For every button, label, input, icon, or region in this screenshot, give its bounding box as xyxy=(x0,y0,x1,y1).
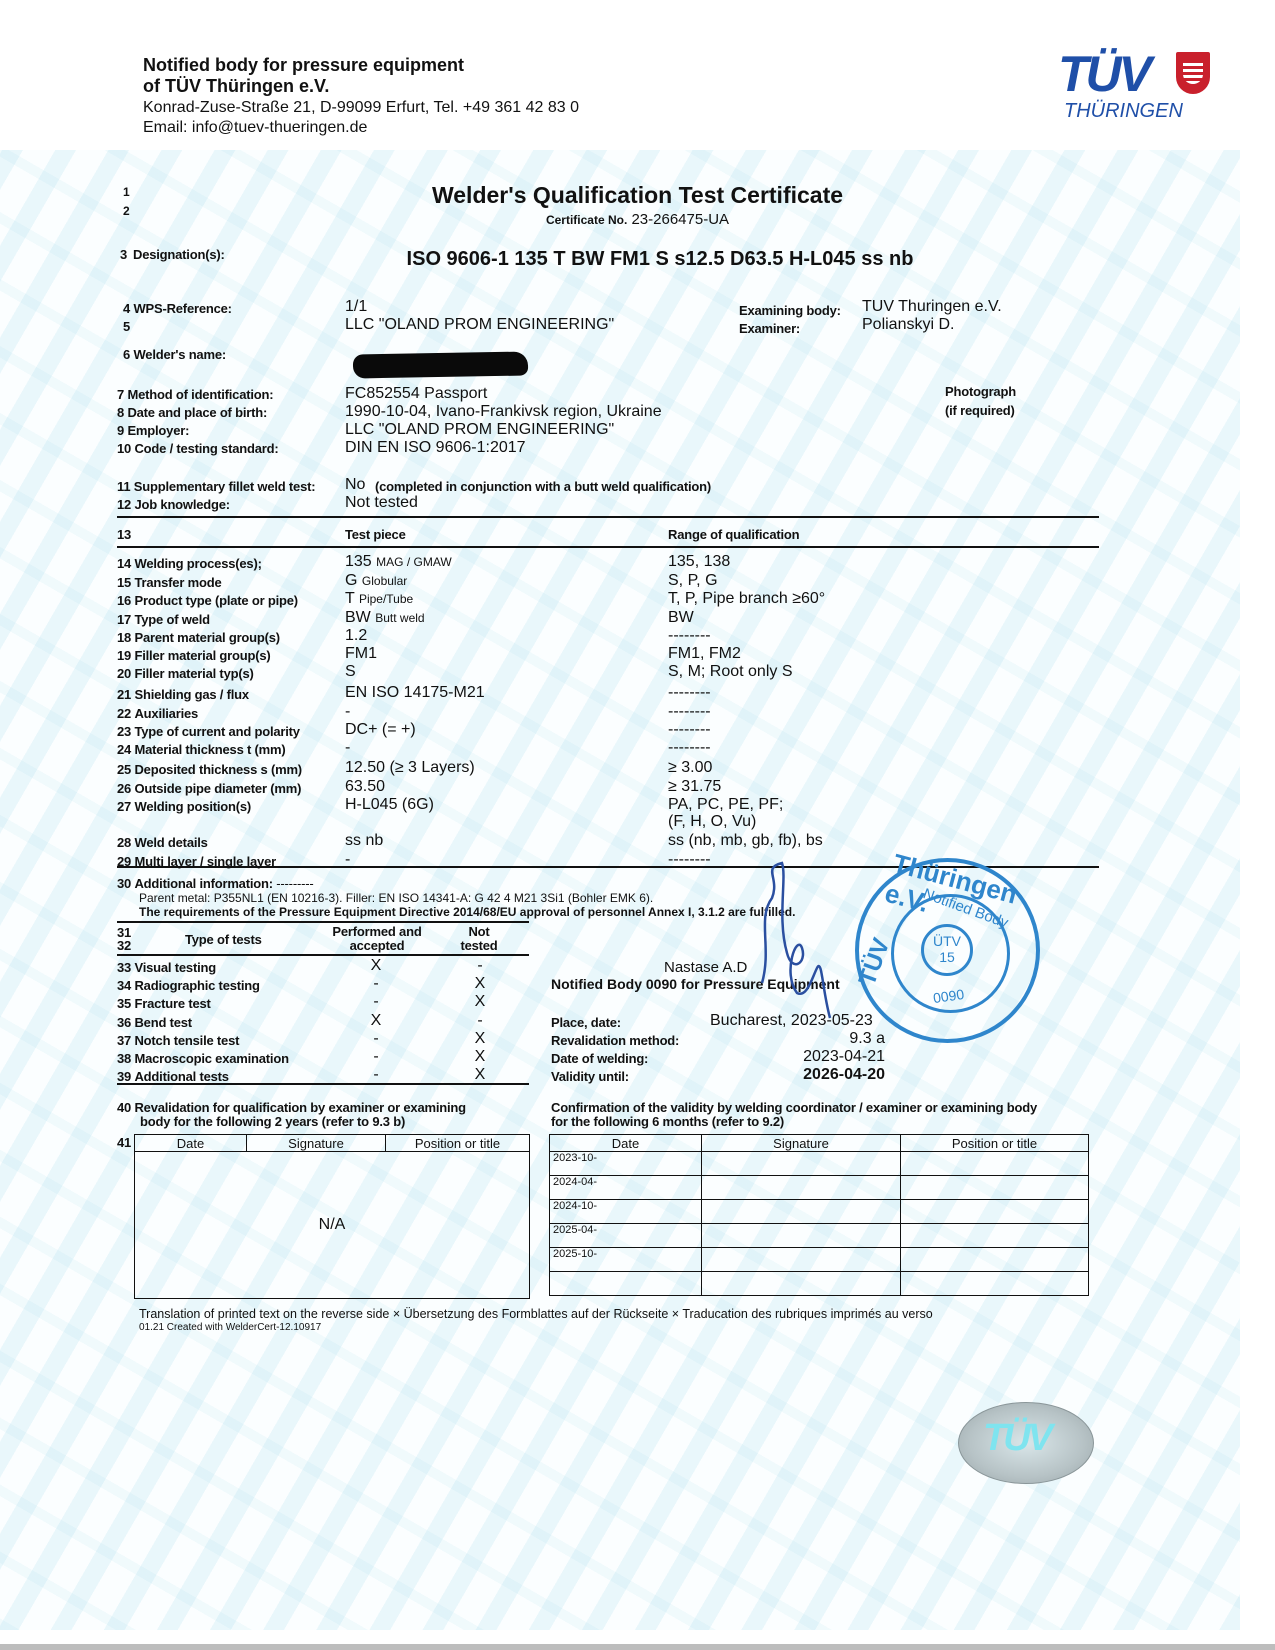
value-main: T xyxy=(345,590,354,607)
line-number: 34 xyxy=(117,978,131,993)
revalidation-position-cell xyxy=(901,1224,1089,1248)
line-number: 13 xyxy=(117,527,131,542)
revalidation-row: 2025-10- xyxy=(550,1248,1089,1272)
line-number: 4 xyxy=(123,301,130,316)
label-text: Welder's name: xyxy=(133,347,226,362)
certificate-number-value: 23-266475-UA xyxy=(631,211,729,228)
test-row-label: 39 Additional tests xyxy=(117,1069,229,1084)
revalidation-row: 2023-10- xyxy=(550,1152,1089,1176)
revalidation-signature-cell xyxy=(702,1272,901,1296)
test-piece-value: DC+ (= +) xyxy=(345,721,416,739)
not-tested-mark: - xyxy=(450,957,510,975)
variable-label: 19 Filler material group(s) xyxy=(117,648,271,663)
not-tested-mark: X xyxy=(450,975,510,993)
place-date-label: Place, date: xyxy=(551,1015,621,1030)
additional-info-directive: The requirements of the Pressure Equipme… xyxy=(139,905,795,919)
range-value: ss (nb, mb, gb, fb), bs xyxy=(668,832,823,850)
revalidation-row: 2024-04- xyxy=(550,1176,1089,1200)
wps-reference-label: 4 WPS-Reference: xyxy=(123,301,232,316)
not-tested-mark: X xyxy=(450,993,510,1011)
job-knowledge-value: Not tested xyxy=(345,494,418,512)
value-note: MAG / GMAW xyxy=(376,555,452,569)
variable-label: 25 Deposited thickness s (mm) xyxy=(117,762,302,777)
line-number: 14 xyxy=(117,556,131,571)
line-number: 30 xyxy=(117,876,131,891)
standard-value: DIN EN ISO 9606-1:2017 xyxy=(345,439,526,457)
label-text: Bend test xyxy=(134,1015,191,1030)
test-piece-value: 63.50 xyxy=(345,778,385,796)
label-text: Designation(s): xyxy=(133,247,225,262)
line-number: 15 xyxy=(117,575,131,590)
hologram-text: TÜV xyxy=(983,1417,1050,1460)
line-number: 16 xyxy=(117,593,131,608)
label-text: Type of weld xyxy=(134,612,209,627)
tuv-thueringen-logo: TÜV THÜRINGEN xyxy=(1058,48,1208,128)
value-main: BW xyxy=(345,609,371,626)
certificate-number: Certificate No. 23-266475-UA xyxy=(0,211,1275,228)
label-text: Visual testing xyxy=(134,960,215,975)
header-line: Performed and xyxy=(322,925,432,939)
logo-wordmark: TÜV xyxy=(1058,48,1149,100)
revalidation-right-title: Confirmation of the validity by welding … xyxy=(551,1101,1037,1129)
header-line: Not xyxy=(450,925,508,939)
line-number: 21 xyxy=(117,687,131,702)
line-5-value: LLC "OLAND PROM ENGINEERING" xyxy=(345,316,614,334)
range-value: BW xyxy=(668,609,694,627)
label-text: Supplementary fillet weld test: xyxy=(134,479,316,494)
label-text: Parent material group(s) xyxy=(134,630,279,645)
line-number: 28 xyxy=(117,835,131,850)
line-numbers-31-32: 3132 xyxy=(117,926,131,952)
revalidation-signature-cell xyxy=(702,1152,901,1176)
line-number: 25 xyxy=(117,762,131,777)
col-signature: Signature xyxy=(702,1135,901,1152)
test-row-label: 34 Radiographic testing xyxy=(117,978,260,993)
value-main: FM1 xyxy=(345,645,377,662)
divider xyxy=(117,921,529,923)
revalidation-date: 2023-10- xyxy=(550,1152,702,1176)
value-note: Globular xyxy=(362,574,407,588)
validity-label: Validity until: xyxy=(551,1069,629,1084)
designation-label: 3Designation(s): xyxy=(117,247,225,262)
revalidation-position-cell xyxy=(901,1152,1089,1176)
label-text: Fracture test xyxy=(134,996,210,1011)
fillet-test-value: No xyxy=(345,476,365,494)
line-number: 6 xyxy=(123,347,130,362)
label-text: Welding process(es); xyxy=(134,556,261,571)
col-position: Position or title xyxy=(386,1135,530,1152)
test-piece-value: BW Butt weld xyxy=(345,609,425,627)
value-main: - xyxy=(345,739,350,756)
label-text: Macroscopic examination xyxy=(134,1051,288,1066)
not-tested-mark: X xyxy=(450,1048,510,1066)
label-text: Method of identification: xyxy=(127,387,273,402)
line-number: 27 xyxy=(117,799,131,814)
tests-col-not-tested: Nottested xyxy=(450,925,508,953)
photograph-placeholder: Photograph (if required) xyxy=(945,384,1016,418)
test-piece-value: T Pipe/Tube xyxy=(345,590,413,608)
range-value: -------- xyxy=(668,703,711,721)
translation-note: Translation of printed text on the rever… xyxy=(139,1307,933,1321)
title-line: Revalidation for qualification by examin… xyxy=(134,1100,465,1115)
form-version: 01.21 Created with WelderCert-12.10917 xyxy=(139,1322,321,1333)
range-value: -------- xyxy=(668,721,711,739)
line-5-label: 5 xyxy=(123,319,130,334)
value-main: DC+ (= +) xyxy=(345,721,416,738)
divider xyxy=(117,954,529,956)
employer-label: 9 Employer: xyxy=(117,423,189,438)
range-value: -------- xyxy=(668,739,711,757)
line-number: 17 xyxy=(117,612,131,627)
value-main: 1.2 xyxy=(345,627,367,644)
title-line: for the following 6 months (refer to 9.2… xyxy=(551,1115,1037,1129)
line-number: 37 xyxy=(117,1033,131,1048)
column-header-range: Range of qualification xyxy=(668,527,799,542)
fillet-test-label: 11 Supplementary fillet weld test: xyxy=(117,479,315,494)
label-text: Product type (plate or pipe) xyxy=(134,593,297,608)
label-text: Additional tests xyxy=(134,1069,228,1084)
examiner-value: Polianskyi D. xyxy=(862,316,954,334)
examining-body-value: TUV Thuringen e.V. xyxy=(862,298,1002,316)
revalidation-row xyxy=(550,1272,1089,1296)
line-number: 26 xyxy=(117,781,131,796)
performed-mark: - xyxy=(346,993,406,1011)
column-header-test-piece: Test piece xyxy=(345,527,406,542)
photograph-label: Photograph xyxy=(945,384,1016,399)
validity-value: 2026-04-20 xyxy=(710,1066,885,1084)
range-value: PA, PC, PE, PF; xyxy=(668,796,783,814)
variable-label: 16 Product type (plate or pipe) xyxy=(117,593,298,608)
not-tested-mark: - xyxy=(450,1012,510,1030)
examiner-label: Examiner: xyxy=(739,321,800,336)
label-text: Job knowledge: xyxy=(134,497,229,512)
label-text: Radiographic testing xyxy=(134,978,259,993)
variable-label: 18 Parent material group(s) xyxy=(117,630,280,645)
revalidation-date: 2025-04- xyxy=(550,1224,702,1248)
range-value: -------- xyxy=(668,684,711,702)
stamp-core: ÜTV 15 xyxy=(921,924,973,976)
divider xyxy=(117,516,1099,518)
logo-subtitle: THÜRINGEN xyxy=(1064,100,1183,123)
performed-mark: X xyxy=(346,1012,406,1030)
line-number: 12 xyxy=(117,497,131,512)
value-main: 63.50 xyxy=(345,778,385,795)
header-line: accepted xyxy=(322,939,432,953)
designation-value: ISO 9606-1 135 T BW FM1 S s12.5 D63.5 H-… xyxy=(270,248,1050,271)
value-main: H-L045 (6G) xyxy=(345,796,434,813)
line-number: 24 xyxy=(117,742,131,757)
employer-value: LLC "OLAND PROM ENGINEERING" xyxy=(345,421,614,439)
line-number: 20 xyxy=(117,666,131,681)
performed-mark: - xyxy=(346,975,406,993)
revalidation-row: 2025-04- xyxy=(550,1224,1089,1248)
test-piece-value: EN ISO 14175-M21 xyxy=(345,684,485,702)
test-row-label: 33 Visual testing xyxy=(117,960,216,975)
hologram-seal: TÜV xyxy=(958,1402,1094,1484)
tests-col-performed: Performed andaccepted xyxy=(322,925,432,953)
range-value: 135, 138 xyxy=(668,553,730,571)
wps-reference-value: 1/1 xyxy=(345,298,367,316)
variable-label: 21 Shielding gas / flux xyxy=(117,687,249,702)
not-tested-mark: X xyxy=(450,1066,510,1084)
issuer-address: Konrad-Zuse-Straße 21, D-99099 Erfurt, T… xyxy=(143,98,579,118)
revalidation-row: 2024-10- xyxy=(550,1200,1089,1224)
certificate-title: Welder's Qualification Test Certificate xyxy=(0,182,1275,209)
line-number: 40 xyxy=(117,1100,131,1115)
line-number: 7 xyxy=(117,387,124,402)
col-signature: Signature xyxy=(247,1135,386,1152)
label-text: Filler material group(s) xyxy=(134,648,270,663)
issuer-email: Email: info@tuev-thueringen.de xyxy=(143,118,579,138)
standard-label: 10 Code / testing standard: xyxy=(117,441,278,456)
title-line: body for the following 2 years (refer to… xyxy=(117,1115,466,1129)
revalidation-date: 2024-04- xyxy=(550,1176,702,1200)
line-number: 36 xyxy=(117,1015,131,1030)
divider xyxy=(117,546,1099,548)
line-number: 41 xyxy=(117,1135,131,1150)
value-note: Pipe/Tube xyxy=(359,592,413,606)
welder-name-label: 6 Welder's name: xyxy=(123,347,226,362)
examining-body-label: Examining body: xyxy=(739,303,841,318)
test-piece-value: FM1 xyxy=(345,645,377,663)
handwritten-signature xyxy=(752,858,842,1028)
range-value: -------- xyxy=(668,627,711,645)
label-text: Transfer mode xyxy=(134,575,221,590)
value-main: G xyxy=(345,572,357,589)
label-text: Additional information: xyxy=(134,876,272,891)
revalidation-left-body: N/A xyxy=(135,1152,530,1299)
revalidation-date xyxy=(550,1272,702,1296)
line-number: 10 xyxy=(117,441,131,456)
label-text: Notch tensile test xyxy=(134,1033,239,1048)
variable-label: 20 Filler material typ(s) xyxy=(117,666,254,681)
additional-info-materials: Parent metal: P355NL1 (EN 10216-3). Fill… xyxy=(139,891,653,905)
value-note: Butt weld xyxy=(375,611,424,625)
variable-label: 22 Auxiliaries xyxy=(117,706,198,721)
label-text: WPS-Reference: xyxy=(133,301,231,316)
issuer-line-1: Notified body for pressure equipment xyxy=(143,55,464,76)
label-text: Date and place of birth: xyxy=(127,405,267,420)
line-number: 3 xyxy=(117,247,127,262)
label-text: Outside pipe diameter (mm) xyxy=(134,781,301,796)
label-text: Welding position(s) xyxy=(134,799,251,814)
test-piece-value: 135 MAG / GMAW xyxy=(345,553,452,571)
revalidation-signature-cell xyxy=(702,1200,901,1224)
variable-label: 17 Type of weld xyxy=(117,612,210,627)
certificate-number-label: Certificate No. xyxy=(546,213,627,227)
revalidation-left-table: Date Signature Position or title N/A xyxy=(134,1134,530,1299)
range-value: ≥ 3.00 xyxy=(668,759,712,777)
coat-of-arms-icon xyxy=(1176,52,1210,94)
line-number: 33 xyxy=(117,960,131,975)
label-text: Material thickness t (mm) xyxy=(134,742,285,757)
welder-name-redaction xyxy=(353,351,528,378)
variable-label: 27 Welding position(s) xyxy=(117,799,251,814)
line-number: 11 xyxy=(117,479,130,494)
variable-label: 14 Welding process(es); xyxy=(117,556,262,571)
line-number: 8 xyxy=(117,405,124,420)
stamp-ring-text-left: TÜV xyxy=(854,935,897,990)
label-text: Shielding gas / flux xyxy=(134,687,248,702)
photograph-note: (if required) xyxy=(945,403,1016,418)
issuer-name: Notified body for pressure equipment of … xyxy=(143,55,464,97)
birth-label: 8 Date and place of birth: xyxy=(117,405,267,420)
test-row-label: 35 Fracture test xyxy=(117,996,211,1011)
scan-edge xyxy=(0,1644,1275,1650)
revalidation-date: 2025-10- xyxy=(550,1248,702,1272)
revalidation-signature-cell xyxy=(702,1176,901,1200)
revalidation-left-title: 40 Revalidation for qualification by exa… xyxy=(117,1101,466,1129)
job-knowledge-label: 12 Job knowledge: xyxy=(117,497,230,512)
variable-label: 26 Outside pipe diameter (mm) xyxy=(117,781,301,796)
test-piece-value: - xyxy=(345,739,350,757)
range-value-continued: (F, H, O, Vu) xyxy=(668,813,756,831)
label-text: Employer: xyxy=(127,423,189,438)
revalidation-method-label: Revalidation method: xyxy=(551,1033,679,1048)
test-piece-value: S xyxy=(345,663,356,681)
signer-name: Nastase A.D xyxy=(664,959,747,976)
value-main: S xyxy=(345,663,356,680)
value-main: EN ISO 14175-M21 xyxy=(345,684,485,701)
issuer-line-2: of TÜV Thüringen e.V. xyxy=(143,76,464,97)
stamp-core-line: ÜTV xyxy=(924,933,970,949)
issuer-contact: Konrad-Zuse-Straße 21, D-99099 Erfurt, T… xyxy=(143,98,579,138)
range-value: FM1, FM2 xyxy=(668,645,741,663)
variable-label: 24 Material thickness t (mm) xyxy=(117,742,286,757)
test-piece-value: ss nb xyxy=(345,832,383,850)
test-row-label: 38 Macroscopic examination xyxy=(117,1051,289,1066)
value-main: ss nb xyxy=(345,832,383,849)
divider xyxy=(117,1083,529,1085)
revalidation-position-cell xyxy=(901,1248,1089,1272)
value-main: - xyxy=(345,703,350,720)
col-date: Date xyxy=(135,1135,247,1152)
revalidation-position-cell xyxy=(901,1272,1089,1296)
line-number: 23 xyxy=(117,724,131,739)
date-of-welding-label: Date of welding: xyxy=(551,1051,648,1066)
identification-value: FC852554 Passport xyxy=(345,385,487,403)
test-piece-value: 1.2 xyxy=(345,627,367,645)
birth-value: 1990-10-04, Ivano-Frankivsk region, Ukra… xyxy=(345,403,662,421)
label-dash: --------- xyxy=(276,876,313,891)
revalidation-right-table: Date Signature Position or title 2023-10… xyxy=(549,1134,1089,1296)
value-main: 135 xyxy=(345,553,372,570)
variable-label: 15 Transfer mode xyxy=(117,575,221,590)
performed-mark: - xyxy=(346,1048,406,1066)
test-piece-value: H-L045 (6G) xyxy=(345,796,434,814)
line-number: 22 xyxy=(117,706,131,721)
line-number: 32 xyxy=(117,939,131,952)
variable-label: 23 Type of current and polarity xyxy=(117,724,300,739)
line-number: 19 xyxy=(117,648,131,663)
label-text: Weld details xyxy=(134,835,207,850)
label-text: Deposited thickness s (mm) xyxy=(134,762,301,777)
stamp-core-line: 15 xyxy=(924,949,970,965)
revalidation-date: 2024-10- xyxy=(550,1200,702,1224)
range-value: T, P, Pipe branch ≥60° xyxy=(668,590,825,608)
additional-info-label: 30 Additional information: --------- xyxy=(117,876,313,891)
range-value: S, P, G xyxy=(668,572,718,590)
header-line: tested xyxy=(450,939,508,953)
fillet-test-note: (completed in conjunction with a butt we… xyxy=(375,479,711,494)
test-piece-value: 12.50 (≥ 3 Layers) xyxy=(345,759,475,777)
line-number: 39 xyxy=(117,1069,131,1084)
performed-mark: - xyxy=(346,1066,406,1084)
revalidation-signature-cell xyxy=(702,1224,901,1248)
test-row-label: 36 Bend test xyxy=(117,1015,192,1030)
test-piece-value: G Globular xyxy=(345,572,407,590)
col-position: Position or title xyxy=(901,1135,1089,1152)
test-row-label: 37 Notch tensile test xyxy=(117,1033,239,1048)
performed-mark: X xyxy=(346,957,406,975)
identification-label: 7 Method of identification: xyxy=(117,387,273,402)
line-number: 38 xyxy=(117,1051,131,1066)
revalidation-position-cell xyxy=(901,1200,1089,1224)
not-tested-mark: X xyxy=(450,1030,510,1048)
label-text: Auxiliaries xyxy=(134,706,198,721)
line-number: 18 xyxy=(117,630,131,645)
revalidation-method-value: 9.3 a xyxy=(710,1030,885,1048)
revalidation-position-cell xyxy=(901,1176,1089,1200)
value-main: 12.50 (≥ 3 Layers) xyxy=(345,759,475,776)
title-line: Confirmation of the validity by welding … xyxy=(551,1101,1037,1115)
performed-mark: - xyxy=(346,1030,406,1048)
test-piece-value: - xyxy=(345,703,350,721)
notified-body-stamp: Thüringen e.V. TÜV Notified Body ÜTV 15 … xyxy=(855,858,1040,1043)
range-value: ≥ 31.75 xyxy=(668,778,721,796)
label-text: Code / testing standard: xyxy=(134,441,278,456)
line-number: 35 xyxy=(117,996,131,1011)
range-value: S, M; Root only S xyxy=(668,663,793,681)
tests-col-type: Type of tests xyxy=(185,932,262,947)
label-text: Type of current and polarity xyxy=(134,724,299,739)
label-text: Filler material typ(s) xyxy=(134,666,253,681)
col-date: Date xyxy=(550,1135,702,1152)
variable-label: 28 Weld details xyxy=(117,835,208,850)
line-number: 9 xyxy=(117,423,124,438)
revalidation-signature-cell xyxy=(702,1248,901,1272)
date-of-welding-value: 2023-04-21 xyxy=(710,1048,885,1066)
